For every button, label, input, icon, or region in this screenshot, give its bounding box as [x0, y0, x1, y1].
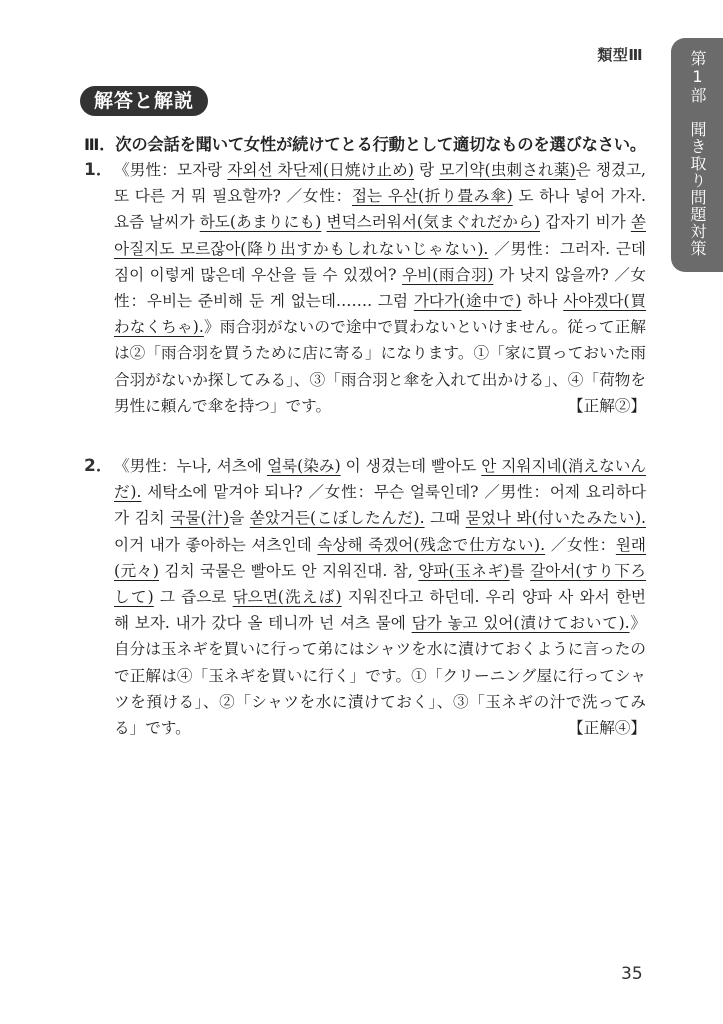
text-run: 랑	[414, 161, 439, 179]
vocab-term: 양파(玉ネギ)	[418, 562, 509, 580]
text-run: 이 생겼는데 빨아도	[341, 457, 482, 475]
text-run: 를	[510, 562, 531, 580]
section-label: 類型Ⅲ	[597, 44, 643, 65]
vocab-term: 자외선 차단제(日焼け止め)	[227, 161, 414, 179]
page-number: 35	[621, 964, 643, 984]
answer-item-2: 2． 《男性：누나, 셔츠에 얼룩(染み) 이 생겼는데 빨아도 안 지워지네(…	[84, 453, 646, 741]
question-heading: Ⅲ．次の会話を聞いて女性が続けてとる行動として適切なものを選びなさい。	[84, 131, 646, 155]
correct-answer: 【正解②】	[568, 393, 646, 419]
text-run: 그 즙으로	[154, 588, 233, 606]
text-run: 갑자기 비가	[540, 213, 631, 231]
text-run: 《男性：모자랑	[114, 161, 227, 179]
text-run: 하나	[521, 292, 563, 310]
vocab-term: 모기약(虫刺され薬)	[439, 161, 575, 179]
correct-answer: 【正解④】	[568, 715, 646, 741]
vocab-term: 쏟았거든(こぼしたんだ).	[250, 509, 425, 527]
vocab-term: 얼룩(染み)	[267, 457, 341, 475]
item-body: 《男性：모자랑 자외선 차단제(日焼け止め) 랑 모기약(虫刺され薬)은 챙겼고…	[114, 157, 646, 419]
vocab-term: 묻었나 봐(付いたみたい).	[466, 509, 646, 527]
segments: 《男性：모자랑 자외선 차단제(日焼け止め) 랑 모기약(虫刺され薬)은 챙겼고…	[114, 161, 646, 415]
text-run: 을	[229, 509, 250, 527]
vocab-term: 닦으면(洗えば)	[233, 588, 342, 606]
vocab-term: 속상해 죽겠어(残念で仕方ない).	[317, 536, 545, 554]
vocab-term: 국물(汁)	[170, 509, 229, 527]
text-run: 그때	[425, 509, 466, 527]
text-run: 《男性：누나, 셔츠에	[114, 457, 267, 475]
vocab-term: 가다가(途中で)	[414, 292, 522, 310]
vocab-term: 접는 우산(折り畳み傘)	[352, 187, 513, 205]
side-tab: 第1部 聞き取り問題対策	[671, 38, 723, 272]
vocab-term: 담가 놓고 있어(漬けておいて).	[412, 614, 630, 632]
item-body: 《男性：누나, 셔츠에 얼룩(染み) 이 생겼는데 빨아도 안 지워지네(消えな…	[114, 453, 646, 741]
title-badge: 解答と解説	[80, 86, 208, 116]
item-number: 1．	[84, 157, 113, 183]
item-number: 2．	[84, 453, 113, 479]
side-tab-label: 第1部 聞き取り問題対策	[689, 50, 705, 272]
vocab-term: 우비(雨合羽)	[402, 266, 493, 284]
text-run: 》自分は玉ネギを買いに行って弟にはシャツを水に漬けておくように言ったので正解は④…	[114, 614, 646, 737]
text-run: 김치 국물은 빨아도 안 지워진대. 참,	[159, 562, 418, 580]
answer-item-1: 1． 《男性：모자랑 자외선 차단제(日焼け止め) 랑 모기약(虫刺され薬)은 …	[84, 157, 646, 419]
text-run: ／女性：	[545, 536, 616, 554]
segments: 《男性：누나, 셔츠에 얼룩(染み) 이 생겼는데 빨아도 안 지워지네(消えな…	[114, 457, 646, 737]
text-run: 이거 내가 좋아하는 셔츠인데	[114, 536, 317, 554]
vocab-term: 변덕스러워서(気まぐれだから)	[327, 213, 541, 231]
vocab-term: 하도(あまりにも)	[200, 213, 322, 231]
